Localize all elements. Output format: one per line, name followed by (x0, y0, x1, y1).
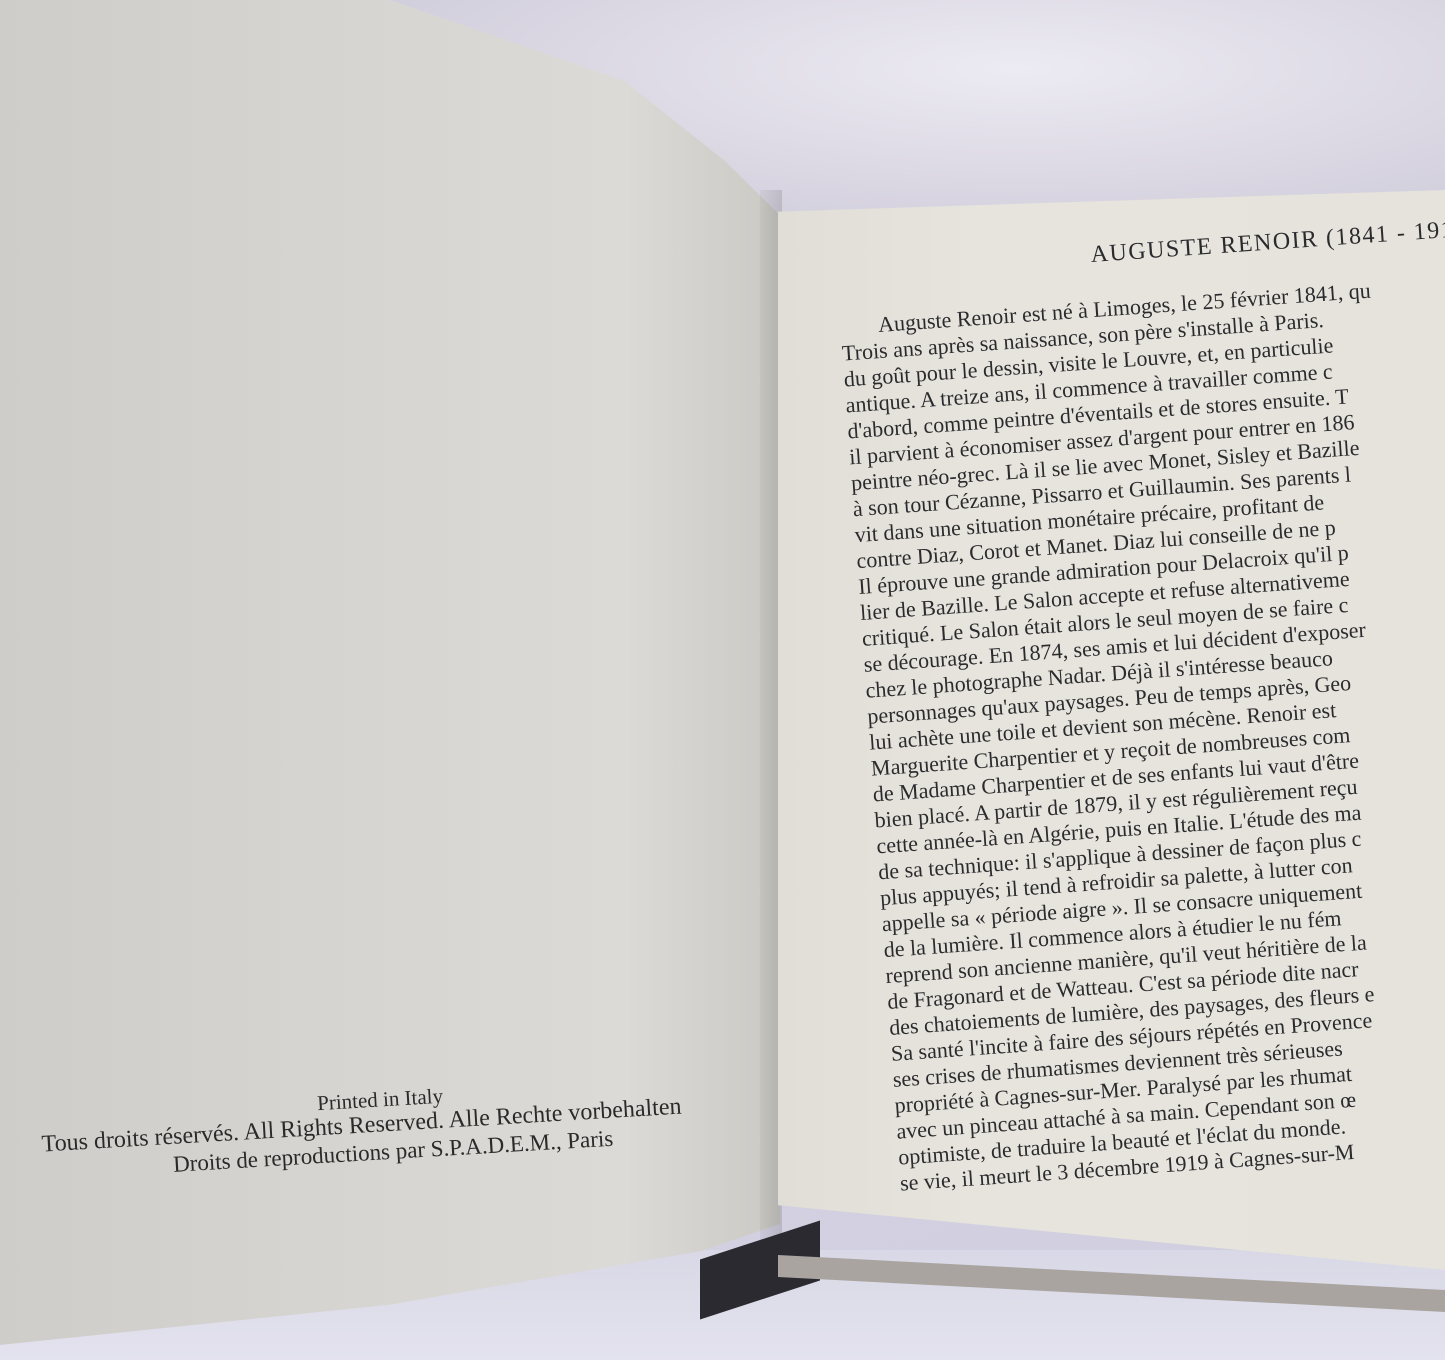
biography-text: AUGUSTE RENOIR (1841 - 1919) Auguste Ren… (832, 157, 1445, 1197)
page-title: AUGUSTE RENOIR (1841 - 1919) (1090, 207, 1445, 269)
biography-paragraph: Auguste Renoir est né à Limoges, le 25 f… (839, 262, 1445, 1197)
